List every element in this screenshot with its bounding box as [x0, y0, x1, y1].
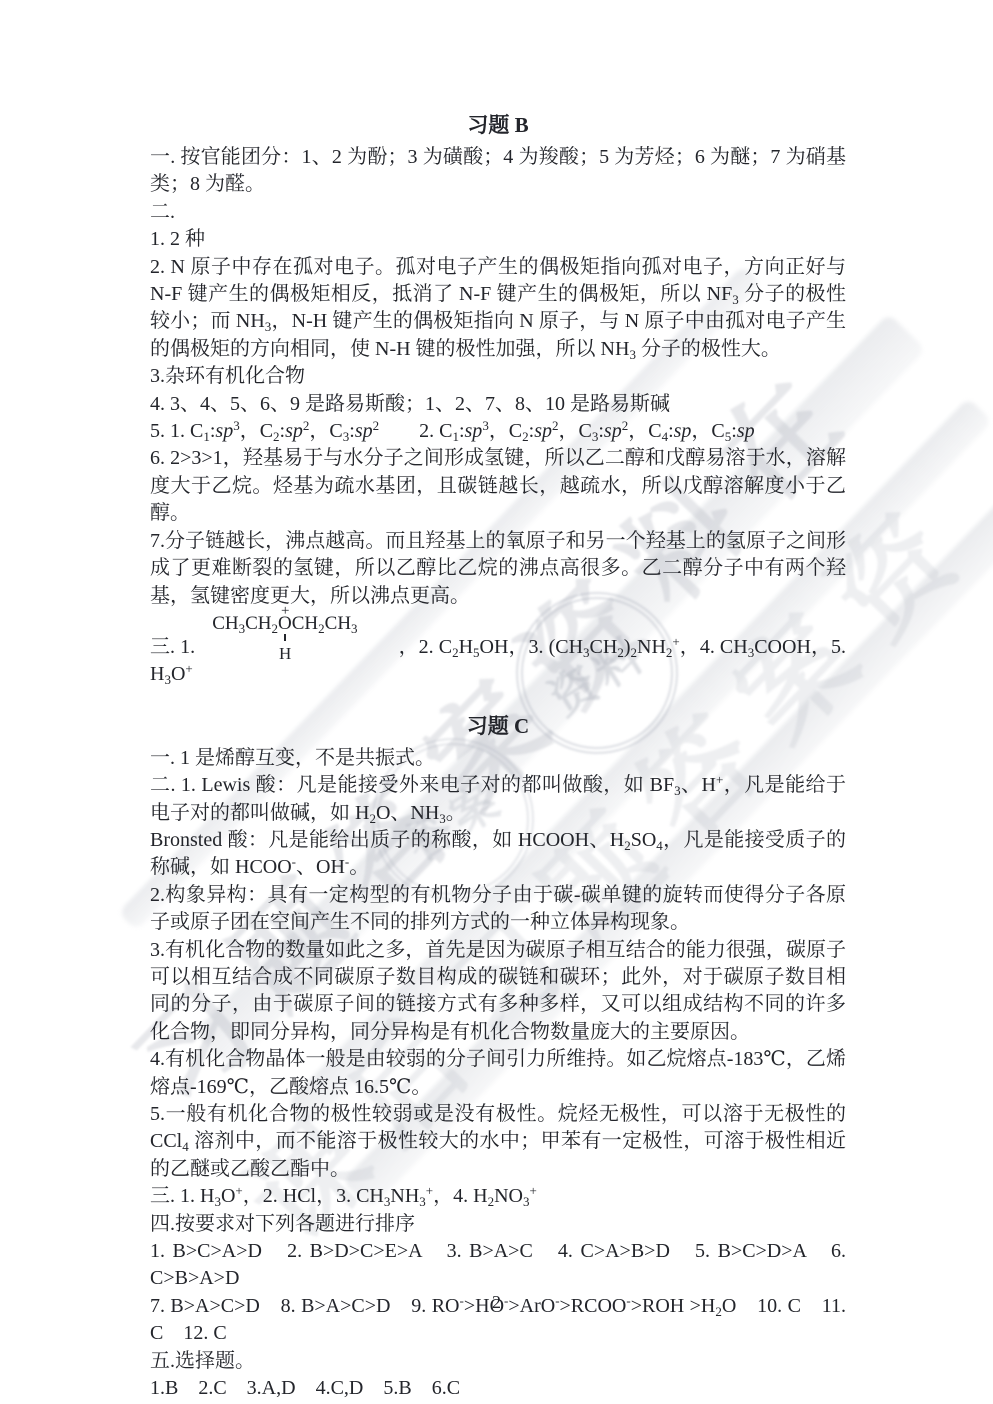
answer-line-with-structure: 三. 1. CH3CH2O+HCH2CH3 ，2. C2H5OH，3. (CH3… — [150, 610, 846, 689]
answer-line: 二. 1. Lewis 酸：凡是能接受外来电子对的都叫做酸，如 BF3、H+，凡… — [150, 772, 846, 827]
answer-line: 五.选择题。 — [150, 1348, 846, 1375]
answer-line: 2. N 原子中存在孤对电子。孤对电子产生的偶极矩指向孤对电子，方向正好与 N-… — [150, 254, 846, 364]
answer-line: 3.有机化合物的数量如此之多，首先是因为碳原子相互结合的能力很强，碳原子可以相互… — [150, 937, 846, 1047]
answer-line: 1. B>C>A>D 2. B>D>C>E>A 3. B>A>C 4. C>A>… — [150, 1238, 846, 1293]
answer-line: 4. 3、4、5、6、9 是路易斯酸；1、2、7、8、10 是路易斯碱 — [150, 391, 846, 418]
oxygen-atom: O+H — [278, 613, 292, 634]
answer-line: 7.分子链越长，沸点越高。而且羟基上的氧原子和另一个羟基上的氢原子之间形成了更难… — [150, 528, 846, 610]
answer-line: 一. 按官能团分：1、2 为酚；3 为磺酸；4 为羧酸；5 为芳烃；6 为醚；7… — [150, 144, 846, 199]
answer-line: 二. — [150, 199, 846, 226]
scanned-answer-page: { "page": { "number": "2" }, "watermark"… — [0, 0, 993, 1404]
section-title-c: 习题 C — [150, 711, 846, 741]
formula-right: CH2CH3 — [292, 613, 358, 634]
section-exercise-b: 习题 B 一. 按官能团分：1、2 为酚；3 为磺酸；4 为羧酸；5 为芳烃；6… — [150, 110, 846, 689]
page-content: 习题 B 一. 按官能团分：1、2 为酚；3 为磺酸；4 为羧酸；5 为芳烃；6… — [150, 110, 846, 1402]
answer-line: 5. 1. C1:sp3，C2:sp2，C3:sp2 2. C1:sp3，C2:… — [150, 418, 846, 445]
page-number: 2 — [0, 1292, 993, 1313]
structure-formula: CH3CH2O+HCH2CH3 — [212, 610, 357, 637]
answer-line: 6. 2>3>1，羟基易于与水分子之间形成氢键，所以乙二醇和戊醇易溶于水，溶解度… — [150, 445, 846, 527]
answer-line: 4.有机化合物晶体一般是由较弱的分子间引力所维持。如乙烷熔点-183℃，乙烯熔点… — [150, 1046, 846, 1101]
answer-prefix: 三. 1. — [150, 636, 195, 658]
answer-line: 1. 2 种 — [150, 226, 846, 253]
answer-line: 5.一般有机化合物的极性较弱或是没有极性。烷烃无极性，可以溶于无极性的 CCl4… — [150, 1101, 846, 1183]
formula-left: CH3CH2 — [212, 613, 278, 634]
answer-line: 三. 1. H3O+，2. HCl，3. CH3NH3+，4. H2NO3+ — [150, 1183, 846, 1210]
section-title-b: 习题 B — [150, 110, 846, 140]
positive-charge-sign: + — [281, 598, 289, 625]
answer-line: 1.B 2.C 3.A,D 4.C,D 5.B 6.C — [150, 1375, 846, 1402]
answer-line: 一. 1 是烯醇互变，不是共振式。 — [150, 745, 846, 772]
answer-line: 2.构象异构：具有一定构型的有机物分子由于碳-碳单键的旋转而使得分子各原子或原子… — [150, 882, 846, 937]
answer-line: 3.杂环有机化合物 — [150, 363, 846, 390]
answer-line: Bronsted 酸：凡是能给出质子的称酸，如 HCOOH、H2SO4，凡是能接… — [150, 827, 846, 882]
chemical-structure-protonated-ether: CH3CH2O+HCH2CH3 — [212, 634, 357, 661]
hydrogen-atom: H — [279, 640, 291, 667]
answer-line: 四.按要求对下列各题进行排序 — [150, 1211, 846, 1238]
